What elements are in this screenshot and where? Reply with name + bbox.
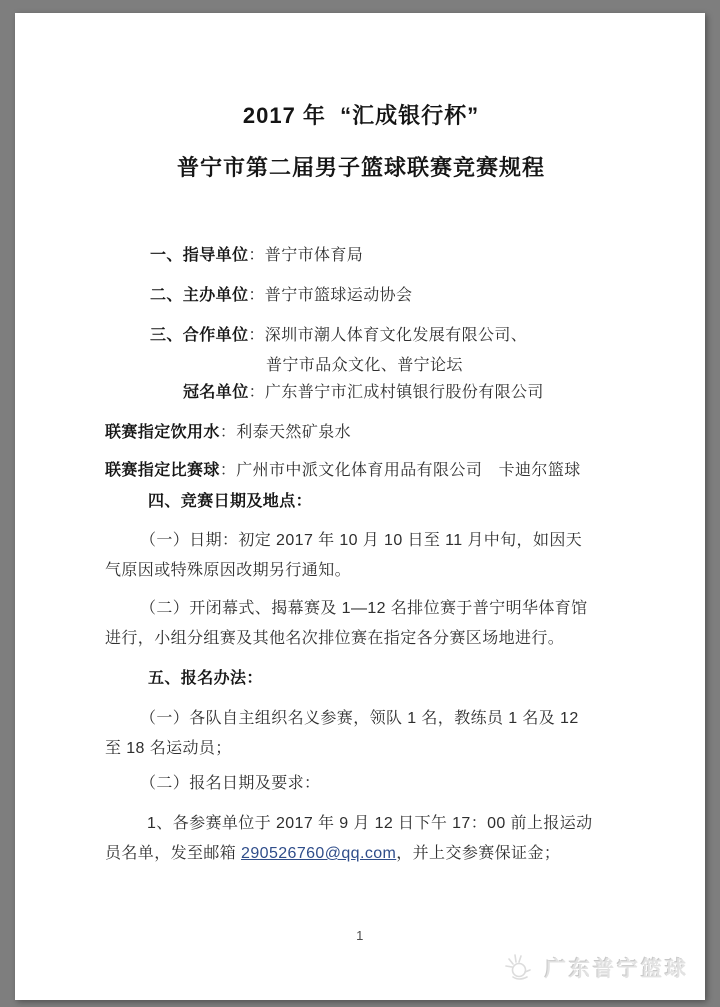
org-value: ：普宁市篮球运动协会 (248, 287, 412, 304)
org-line-host-unit: 二、主办单位：普宁市篮球运动协会 (150, 281, 617, 311)
org-value: ：深圳市潮人体育文化发展有限公司、 (248, 327, 527, 344)
puning-basketball-mascot-icon (503, 951, 539, 985)
watermark: 广东普宁篮球 (503, 951, 689, 985)
section-4-heading: 四、竞赛日期及地点： (148, 487, 617, 517)
watermark-text: 广东普宁篮球 (545, 953, 689, 983)
page-number: 1 (15, 928, 705, 944)
document-title-line1: 2017 年 “汇成银行杯” (105, 101, 617, 131)
water-value: ：利泰天然矿泉水 (220, 424, 351, 441)
water-label: 联赛指定饮用水 (105, 424, 220, 441)
org-label: 二、主办单位 (150, 287, 248, 304)
email-line-suffix: ，并上交参赛保证金； (396, 845, 560, 862)
section-5-heading: 五、报名办法： (148, 664, 617, 694)
org-value: ：普宁市体育局 (248, 247, 363, 264)
section-4-paragraph-2-line-1: （二）开闭幕式、揭幕赛及 1—12 名排位赛于普宁明华体育馆 (140, 594, 617, 624)
designated-ball-line: 联赛指定比赛球：广州市中派文化体育用品有限公司 卡迪尔篮球 (105, 456, 617, 486)
org-value: ：广东普宁市汇成村镇银行股份有限公司 (249, 384, 544, 401)
section-5-item-1-line-2: 员名单，发至邮箱 290526760@qq.com，并上交参赛保证金； (105, 839, 617, 869)
section-5-paragraph-1-line-2: 至 18 名运动员； (105, 734, 617, 764)
document-page: 2017 年 “汇成银行杯” 普宁市第二届男子篮球联赛竞赛规程 一、指导单位：普… (15, 13, 705, 1000)
org-line-guidance-unit: 一、指导单位：普宁市体育局 (150, 241, 617, 271)
org-label: 三、合作单位 (150, 327, 248, 344)
section-5-item-1-line-1: 1、各参赛单位于 2017 年 9 月 12 日下午 17：00 前上报运动 (147, 809, 617, 839)
section-5-paragraph-1-line-1: （一）各队自主组织名义参赛，领队 1 名，教练员 1 名及 12 (140, 704, 617, 734)
email-line-prefix: 员名单，发至邮箱 (105, 845, 241, 862)
org-line-partner-unit: 三、合作单位：深圳市潮人体育文化发展有限公司、 (150, 321, 617, 351)
document-title-line2: 普宁市第二届男子篮球联赛竞赛规程 (105, 153, 617, 183)
org-label: 冠名单位 (183, 384, 249, 401)
org-line-partner-unit-continuation: 普宁市品众文化、普宁论坛 (266, 351, 617, 381)
section-4-paragraph-1-line-1: （一）日期：初定 2017 年 10 月 10 日至 11 月中旬，如因天 (140, 526, 617, 556)
screenshot-root: { "doc": { "title1": "2017 年 “汇成银行杯”", "… (0, 0, 720, 1007)
org-label: 一、指导单位 (150, 247, 248, 264)
ball-label: 联赛指定比赛球 (105, 462, 220, 479)
registration-email-link[interactable]: 290526760@qq.com (241, 845, 396, 862)
org-line-naming-unit: 冠名单位：广东普宁市汇成村镇银行股份有限公司 (183, 378, 617, 408)
section-4-paragraph-2-line-2: 进行，小组分组赛及其他名次排位赛在指定各分赛区场地进行。 (105, 624, 617, 654)
ball-value: ：广州市中派文化体育用品有限公司 卡迪尔篮球 (220, 462, 581, 479)
section-5-paragraph-2: （二）报名日期及要求： (140, 769, 617, 799)
designated-water-line: 联赛指定饮用水：利泰天然矿泉水 (105, 418, 617, 448)
section-4-paragraph-1-line-2: 气原因或特殊原因改期另行通知。 (105, 556, 617, 586)
